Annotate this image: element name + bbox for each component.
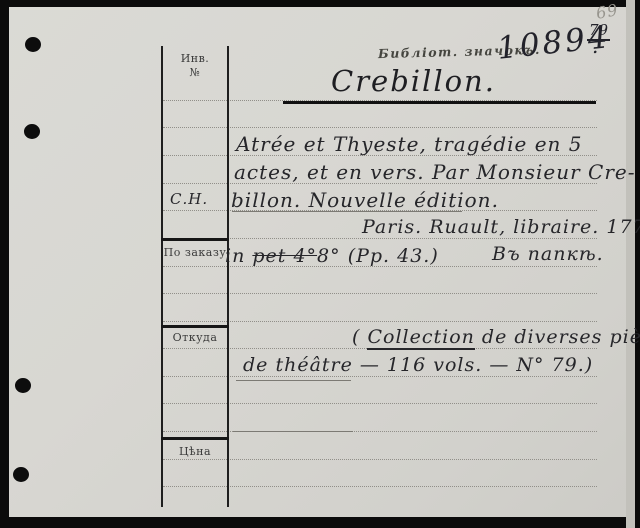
format-struck-text: pet 4° — [252, 245, 317, 267]
scanned-catalog-card: Инв. № С.Н. По заказу Откуда Цѣна 69 Биб… — [0, 0, 640, 528]
scan-border-bottom — [0, 517, 640, 528]
scan-border-left — [0, 0, 9, 528]
inventory-label-line1: Инв. — [163, 52, 227, 65]
author-heading: Crebillon. — [331, 64, 496, 98]
by-order-label: По заказу — [163, 246, 227, 259]
pagination-note: (Pp. 43.) — [348, 245, 439, 267]
format-final: 8° — [317, 245, 341, 267]
collection-underlined-word: Collection — [367, 326, 474, 350]
accession-period: . — [592, 34, 598, 58]
price-label: Цѣна — [163, 445, 227, 458]
punch-hole — [24, 124, 40, 139]
section-divider — [161, 325, 229, 328]
title-line-3: billon. Nouvelle édition. — [231, 188, 499, 212]
collection-line1-rest: de diverses pièces — [482, 326, 640, 348]
origin-label: Откуда — [163, 331, 227, 344]
format-line: in pet 4°8° (Pp. 43.) — [225, 245, 439, 267]
punch-hole — [13, 467, 29, 482]
binding-note: Въ папкѣ. — [492, 243, 604, 265]
ruled-line — [233, 431, 353, 432]
sn-handwritten-note: С.Н. — [170, 190, 208, 208]
format-prefix: in — [225, 245, 245, 267]
scan-border-right — [635, 0, 640, 528]
imprint-line: Paris. Ruault, libraire. 1778. — [362, 216, 640, 238]
title-line-2: actes, et en vers. Par Monsieur Cre- — [234, 160, 636, 184]
punch-hole — [15, 378, 31, 393]
title-line-1: Atrée et Thyeste, tragédie en 5 — [236, 132, 583, 156]
collection-note-line1: ( Collection de diverses pièces — [352, 326, 640, 348]
collection-note-line2: de théâtre — 116 vols. — N° 79.) — [243, 354, 593, 376]
section-divider — [161, 437, 229, 440]
accession-superscript: 79 — [587, 21, 610, 41]
ruled-line — [236, 380, 351, 381]
section-divider — [161, 238, 229, 241]
collection-open-paren: ( — [352, 326, 360, 348]
scan-border-top — [0, 0, 640, 7]
inventory-label-line2: № — [163, 66, 227, 79]
heading-rule — [283, 101, 596, 104]
punch-hole — [25, 37, 41, 52]
